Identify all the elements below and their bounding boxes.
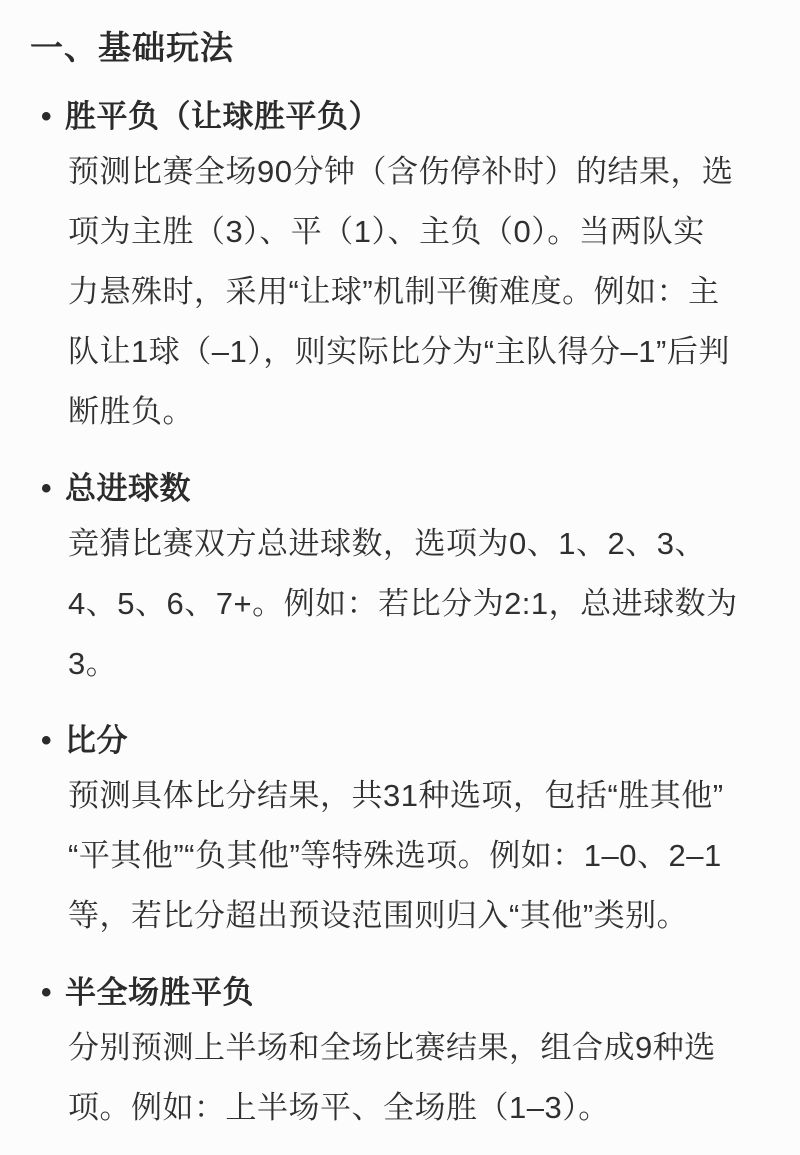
- section-win-draw-lose: • 胜平负（让球胜平负） 预测比赛全场90分钟（含伤停补时）的结果，选 项为主胜…: [0, 97, 800, 442]
- rule-title-row: • 半全场胜平负: [41, 973, 800, 1013]
- section-exact-score: • 比分 预测具体比分结果，共31种选项，包括“胜其他” “平其他”“负其他”等…: [0, 721, 800, 946]
- rule-body: 分别预测上半场和全场比赛结果，组合成9种选 项。例如：上半场平、全场胜（1–3）…: [68, 1018, 790, 1138]
- section-half-full-time: • 半全场胜平负 分别预测上半场和全场比赛结果，组合成9种选 项。例如：上半场平…: [0, 973, 800, 1138]
- bullet-icon: •: [41, 721, 65, 761]
- bullet-icon: •: [41, 973, 65, 1013]
- rule-title: 半全场胜平负: [65, 973, 254, 1013]
- rule-title: 胜平负（让球胜平负）: [65, 97, 380, 137]
- rule-title-row: • 总进球数: [41, 469, 800, 509]
- document-page: 一、基础玩法 • 胜平负（让球胜平负） 预测比赛全场90分钟（含伤停补时）的结果…: [0, 0, 800, 1155]
- rule-body: 预测具体比分结果，共31种选项，包括“胜其他” “平其他”“负其他”等特殊选项。…: [68, 766, 790, 946]
- bullet-icon: •: [41, 469, 65, 509]
- rule-body: 预测比赛全场90分钟（含伤停补时）的结果，选 项为主胜（3）、平（1）、主负（0…: [68, 142, 790, 442]
- rule-title-row: • 比分: [41, 721, 800, 761]
- page-title: 一、基础玩法: [30, 28, 800, 68]
- rule-body: 竞猜比赛双方总进球数，选项为0、1、2、3、 4、5、6、7+。例如：若比分为2…: [68, 514, 790, 694]
- rule-title-row: • 胜平负（让球胜平负）: [41, 97, 800, 137]
- bullet-icon: •: [41, 97, 65, 137]
- section-total-goals: • 总进球数 竞猜比赛双方总进球数，选项为0、1、2、3、 4、5、6、7+。例…: [0, 469, 800, 694]
- rule-title: 总进球数: [65, 469, 191, 509]
- rule-title: 比分: [65, 721, 128, 761]
